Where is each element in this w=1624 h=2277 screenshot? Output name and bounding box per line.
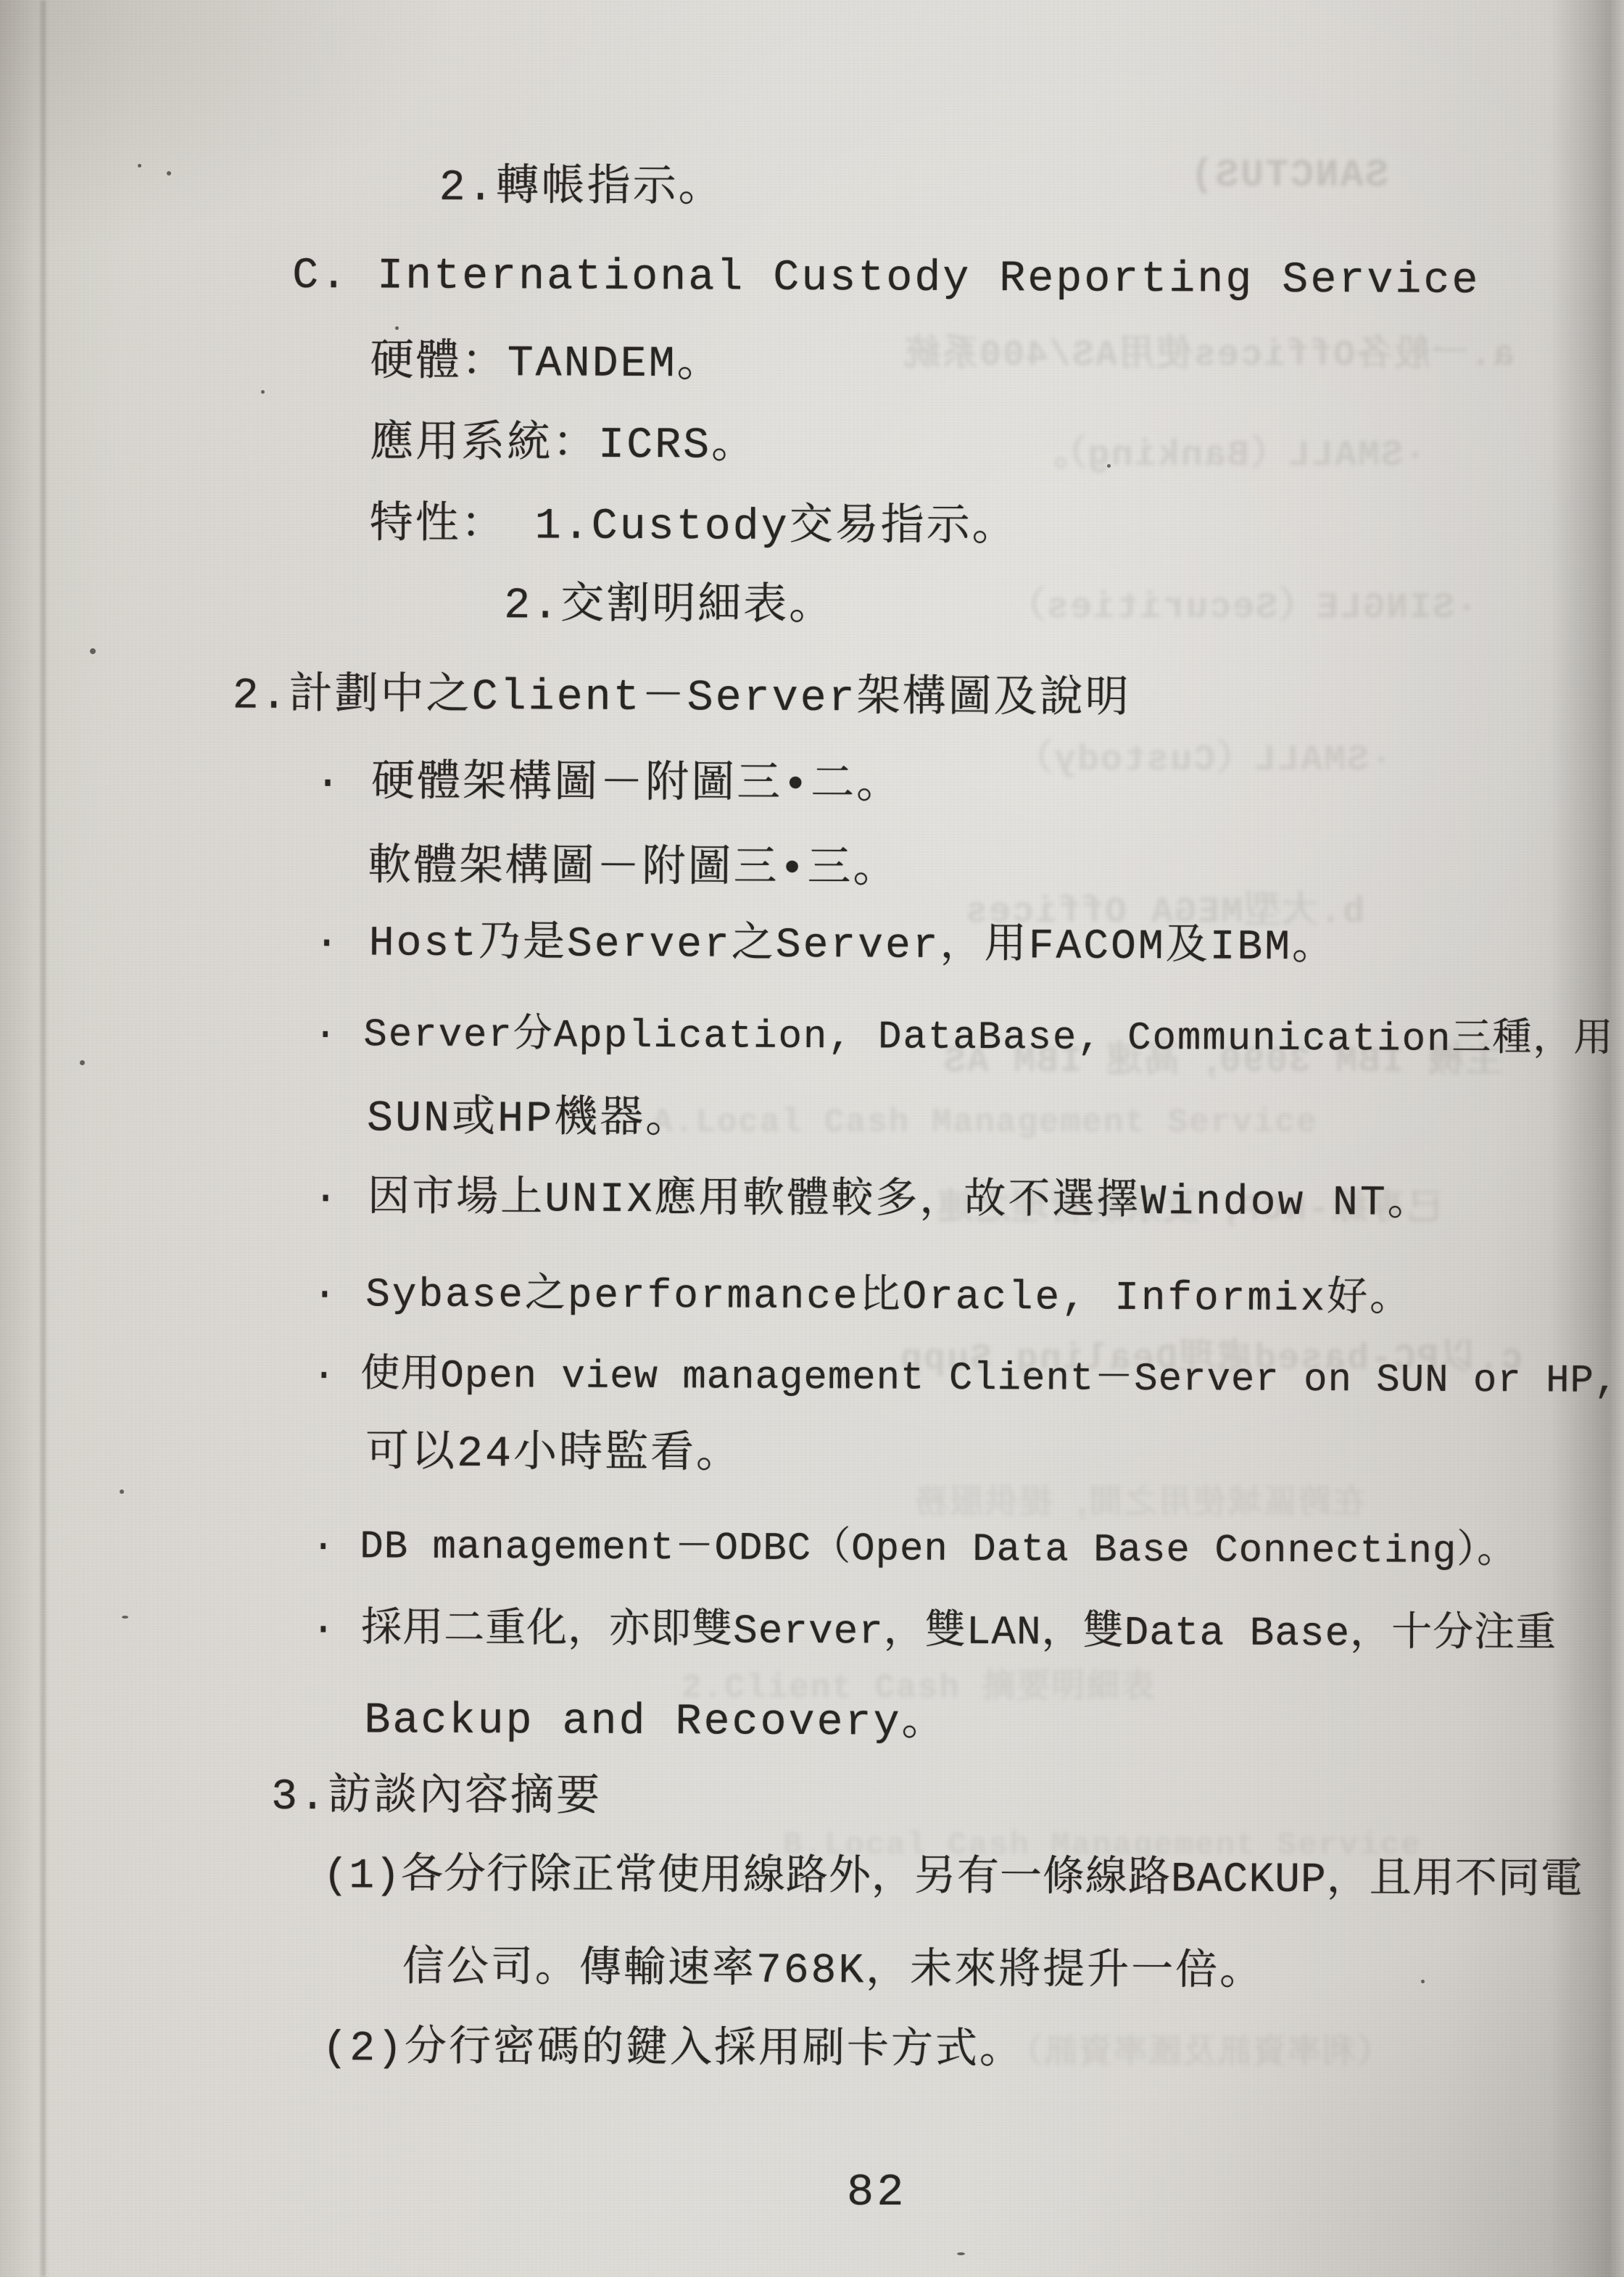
text-line: · Host乃是Server之Server，用FACOM及IBM。	[314, 920, 1336, 973]
text-line: · DB management－ODBC（Open Data Base Conn…	[311, 1525, 1517, 1575]
text-line: 硬體：TANDEM。	[370, 339, 723, 390]
text-line: SUN或HP機器。	[367, 1094, 691, 1146]
text-line: · Sybase之performance比Oracle, Informix好。	[312, 1271, 1412, 1323]
text-line: 應用系統：ICRS。	[370, 420, 757, 471]
scan-speck	[90, 648, 96, 654]
text-line: · 使用Open view management Client－Server o…	[312, 1354, 1618, 1405]
text-line: C. International Custody Reporting Servi…	[292, 252, 1480, 307]
page-number: 82	[847, 2167, 906, 2218]
text-line: · 採用二重化，亦即雙Server，雙LAN，雙Data Base，十分注重	[311, 1606, 1557, 1658]
text-line: (1)各分行除正常使用線路外，另有一條線路BACKUP，且用不同電	[323, 1853, 1583, 1906]
scan-speck	[120, 1489, 124, 1494]
scan-speck	[261, 390, 265, 394]
text-line: 2.計劃中之Client－Server架構圖及說明	[232, 672, 1130, 726]
text-line: 2.交割明細表。	[504, 582, 834, 633]
text-line: 2.轉帳指示。	[439, 164, 724, 215]
text-line: (2)分行密碼的鍵入採用刷卡方式。	[322, 2025, 1024, 2077]
scan-speck	[167, 171, 171, 175]
scan-speck	[80, 1060, 85, 1065]
typewritten-text-layer: 2.轉帳指示。C. International Custody Reportin…	[0, 0, 1624, 2277]
scanned-document-page: SANCTUS)a.一般各Offices使用AS/400系統·SMALL（Ban…	[0, 0, 1624, 2277]
text-line: · Server分Application, DataBase, Communic…	[313, 1013, 1614, 1064]
text-line: 可以24小時監看。	[365, 1429, 742, 1481]
text-line: Backup and Recovery。	[364, 1696, 947, 1749]
scan-speck	[395, 326, 399, 330]
scan-speck	[1421, 1980, 1425, 1983]
text-line: 信公司。傳輸速率768K，未來將提升一倍。	[402, 1946, 1264, 1999]
text-line: 3.訪談內容摘要	[271, 1773, 602, 1825]
scan-speck	[1107, 464, 1111, 468]
text-line: · 硬體架構圖－附圖三•二。	[315, 759, 902, 812]
scan-speck	[138, 164, 141, 168]
text-line: 軟體架構圖－附圖三•三。	[368, 843, 898, 896]
text-line: 特性： 1.Custody交易指示。	[370, 501, 1018, 554]
scan-speck	[957, 2252, 965, 2255]
scan-speck	[122, 1616, 128, 1619]
text-line: · 因市場上UNIX應用軟體較多，故不選擇Window NT。	[312, 1175, 1431, 1228]
